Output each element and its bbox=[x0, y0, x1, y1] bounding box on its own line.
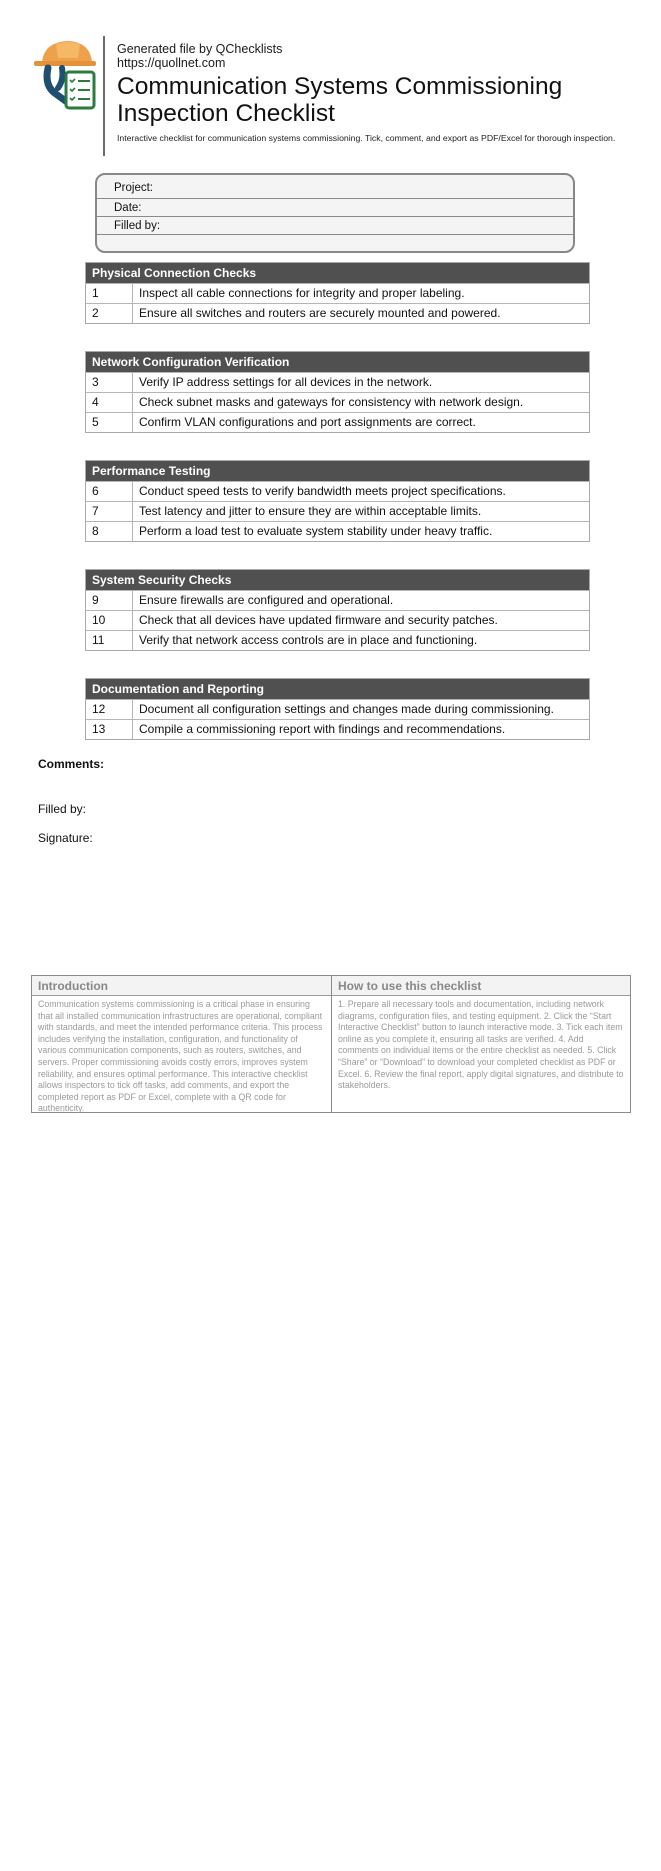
item-number: 4 bbox=[86, 393, 133, 412]
item-text: Verify IP address settings for all devic… bbox=[133, 373, 589, 392]
item-text: Ensure all switches and routers are secu… bbox=[133, 304, 589, 323]
checklist-item[interactable]: 3Verify IP address settings for all devi… bbox=[86, 372, 589, 392]
page-description: Interactive checklist for communication … bbox=[117, 132, 627, 145]
checklist-item[interactable]: 11Verify that network access controls ar… bbox=[86, 630, 589, 650]
checklist-section: Network Configuration Verification3Verif… bbox=[85, 351, 590, 433]
item-number: 7 bbox=[86, 502, 133, 521]
project-info-box: Project: Date: Filled by: bbox=[95, 173, 575, 253]
source-url[interactable]: https://quollnet.com bbox=[117, 56, 627, 70]
item-number: 12 bbox=[86, 700, 133, 719]
introduction-body: Communication systems commissioning is a… bbox=[32, 996, 331, 1118]
item-text: Confirm VLAN configurations and port ass… bbox=[133, 413, 589, 432]
item-text: Document all configuration settings and … bbox=[133, 700, 589, 719]
item-number: 10 bbox=[86, 611, 133, 630]
checklist-section: Physical Connection Checks1Inspect all c… bbox=[85, 262, 590, 324]
checklist-item[interactable]: 5Confirm VLAN configurations and port as… bbox=[86, 412, 589, 432]
section-title: Documentation and Reporting bbox=[86, 679, 589, 699]
section-title: Physical Connection Checks bbox=[86, 263, 589, 283]
checklist-item[interactable]: 2Ensure all switches and routers are sec… bbox=[86, 303, 589, 323]
checklist-section: Documentation and Reporting12Document al… bbox=[85, 678, 590, 740]
item-number: 11 bbox=[86, 631, 133, 650]
item-number: 5 bbox=[86, 413, 133, 432]
filled-by-label: Filled by: bbox=[38, 802, 86, 816]
generated-by-text: Generated file by QChecklists bbox=[117, 42, 627, 56]
item-text: Compile a commissioning report with find… bbox=[133, 720, 589, 739]
filled-by-field[interactable]: Filled by: bbox=[97, 217, 573, 235]
checklist-item[interactable]: 12Document all configuration settings an… bbox=[86, 699, 589, 719]
item-text: Verify that network access controls are … bbox=[133, 631, 589, 650]
item-number: 2 bbox=[86, 304, 133, 323]
introduction-heading: Introduction bbox=[32, 976, 331, 996]
document-header: Generated file by QChecklists https://qu… bbox=[32, 36, 632, 156]
item-text: Perform a load test to evaluate system s… bbox=[133, 522, 589, 541]
section-title: Network Configuration Verification bbox=[86, 352, 589, 372]
checklist-item[interactable]: 8Perform a load test to evaluate system … bbox=[86, 521, 589, 541]
section-title: System Security Checks bbox=[86, 570, 589, 590]
hardhat-checklist-logo-icon bbox=[34, 38, 104, 114]
item-number: 6 bbox=[86, 482, 133, 501]
project-field[interactable]: Project: bbox=[97, 175, 573, 199]
info-table: Introduction Communication systems commi… bbox=[31, 975, 631, 1113]
checklist-item[interactable]: 7Test latency and jitter to ensure they … bbox=[86, 501, 589, 521]
item-text: Ensure firewalls are configured and oper… bbox=[133, 591, 589, 610]
item-text: Check subnet masks and gateways for cons… bbox=[133, 393, 589, 412]
section-title: Performance Testing bbox=[86, 461, 589, 481]
item-text: Inspect all cable connections for integr… bbox=[133, 284, 589, 303]
checklist-section: System Security Checks9Ensure firewalls … bbox=[85, 569, 590, 651]
checklist-item[interactable]: 6Conduct speed tests to verify bandwidth… bbox=[86, 481, 589, 501]
header-divider bbox=[103, 36, 105, 156]
how-to-column: How to use this checklist 1. Prepare all… bbox=[331, 976, 630, 1112]
comments-label: Comments: bbox=[38, 757, 104, 771]
item-text: Test latency and jitter to ensure they a… bbox=[133, 502, 589, 521]
item-number: 3 bbox=[86, 373, 133, 392]
checklist-item[interactable]: 9Ensure firewalls are configured and ope… bbox=[86, 590, 589, 610]
checklist-item[interactable]: 10Check that all devices have updated fi… bbox=[86, 610, 589, 630]
checklist-section: Performance Testing6Conduct speed tests … bbox=[85, 460, 590, 542]
how-to-heading: How to use this checklist bbox=[332, 976, 630, 996]
page-title: Communication Systems Commissioning Insp… bbox=[117, 73, 627, 127]
item-number: 8 bbox=[86, 522, 133, 541]
date-field[interactable]: Date: bbox=[97, 199, 573, 217]
checklist-item[interactable]: 1Inspect all cable connections for integ… bbox=[86, 283, 589, 303]
item-text: Conduct speed tests to verify bandwidth … bbox=[133, 482, 589, 501]
how-to-body: 1. Prepare all necessary tools and docum… bbox=[332, 996, 630, 1095]
item-number: 13 bbox=[86, 720, 133, 739]
item-number: 9 bbox=[86, 591, 133, 610]
item-number: 1 bbox=[86, 284, 133, 303]
item-text: Check that all devices have updated firm… bbox=[133, 611, 589, 630]
signature-label: Signature: bbox=[38, 831, 93, 845]
checklist-item[interactable]: 13Compile a commissioning report with fi… bbox=[86, 719, 589, 739]
checklist-item[interactable]: 4Check subnet masks and gateways for con… bbox=[86, 392, 589, 412]
introduction-column: Introduction Communication systems commi… bbox=[32, 976, 331, 1112]
